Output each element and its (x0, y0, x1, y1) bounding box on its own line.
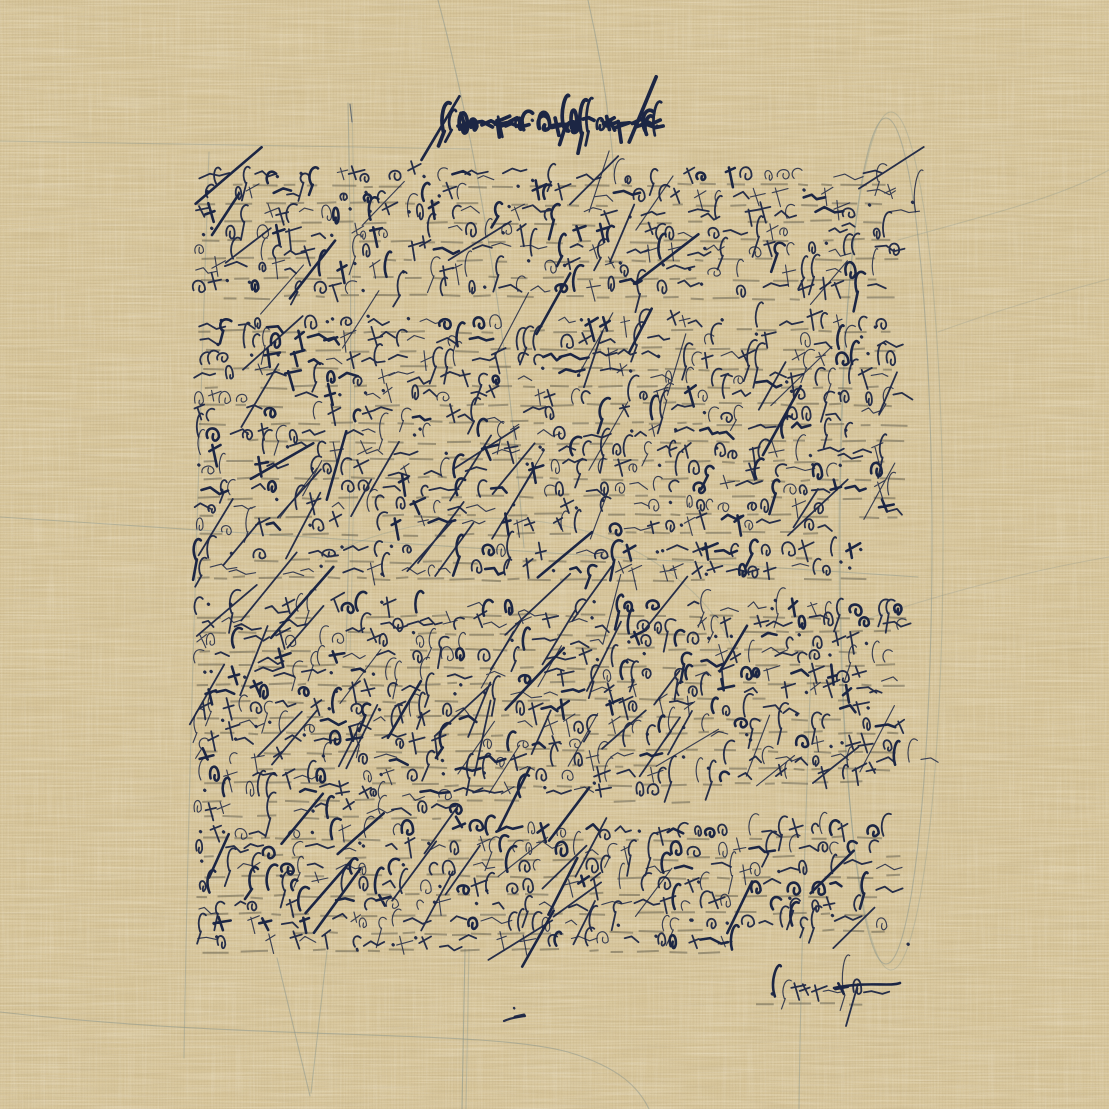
ink-speck (515, 1015, 524, 1017)
manuscript-page (0, 0, 1109, 1109)
manuscript-art (0, 0, 1109, 1109)
